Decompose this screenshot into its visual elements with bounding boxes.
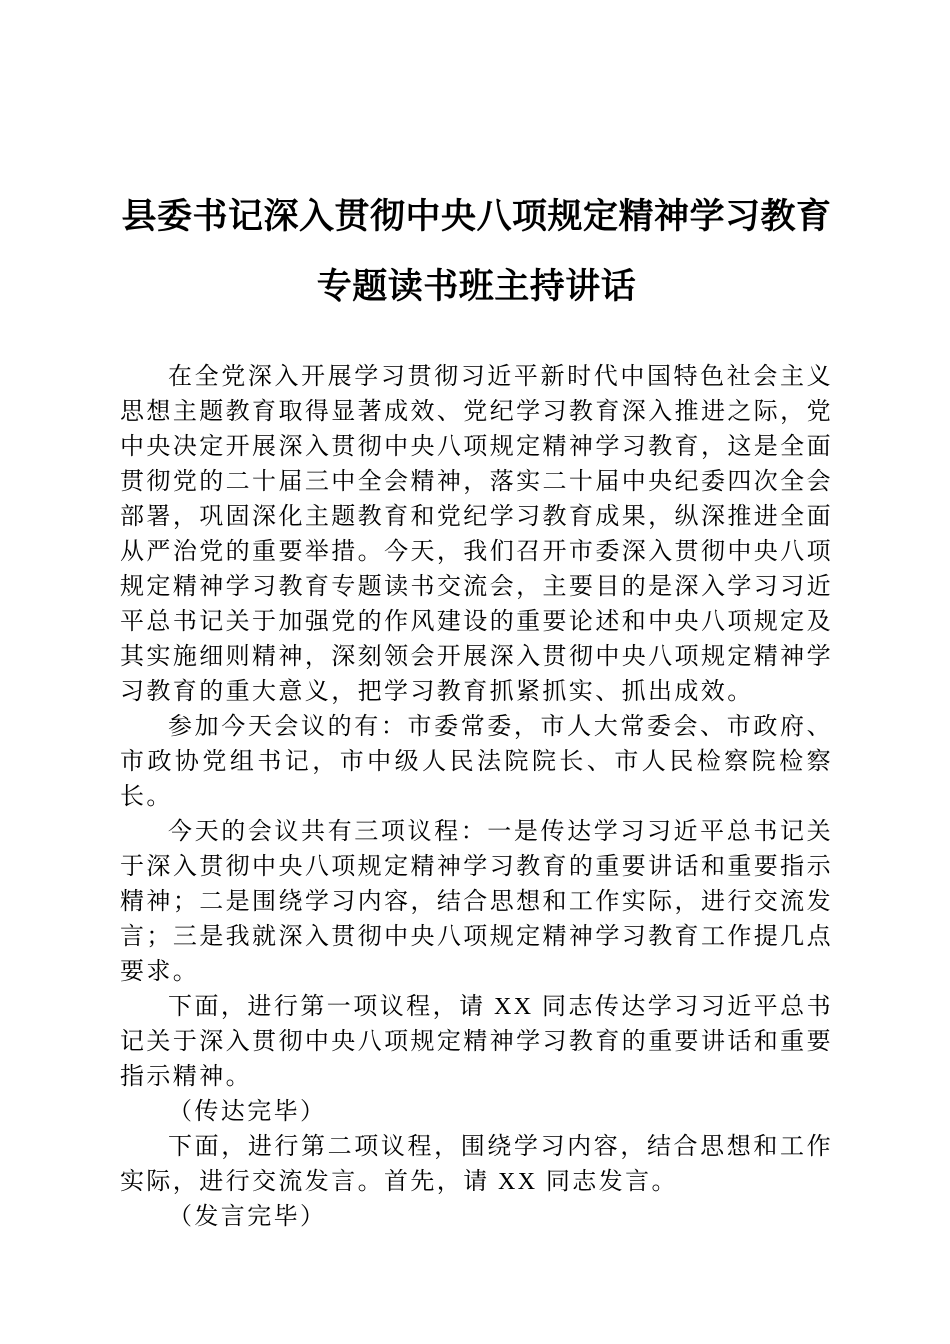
document-title: 县委书记深入贯彻中央八项规定精神学习教育 专题读书班主持讲话 xyxy=(120,182,833,322)
document-body: 在全党深入开展学习贯彻习近平新时代中国特色社会主义思想主题教育取得显著成效、党纪… xyxy=(120,360,833,1235)
paragraph: （传达完毕） xyxy=(120,1095,833,1130)
paragraph: 今天的会议共有三项议程：一是传达学习习近平总书记关于深入贯彻中央八项规定精神学习… xyxy=(120,815,833,990)
document-page: 县委书记深入贯彻中央八项规定精神学习教育 专题读书班主持讲话 在全党深入开展学习… xyxy=(120,0,833,1235)
paragraph: 在全党深入开展学习贯彻习近平新时代中国特色社会主义思想主题教育取得显著成效、党纪… xyxy=(120,360,833,710)
paragraph: 下面，进行第一项议程，请 XX 同志传达学习习近平总书记关于深入贯彻中央八项规定… xyxy=(120,990,833,1095)
document-title-line-2: 专题读书班主持讲话 xyxy=(120,252,833,322)
paragraph: 参加今天会议的有：市委常委，市人大常委会、市政府、市政协党组书记，市中级人民法院… xyxy=(120,710,833,815)
paragraph: （发言完毕） xyxy=(120,1200,833,1235)
paragraph: 下面，进行第二项议程，围绕学习内容，结合思想和工作实际，进行交流发言。首先，请 … xyxy=(120,1130,833,1200)
document-title-line-1: 县委书记深入贯彻中央八项规定精神学习教育 xyxy=(120,182,833,252)
